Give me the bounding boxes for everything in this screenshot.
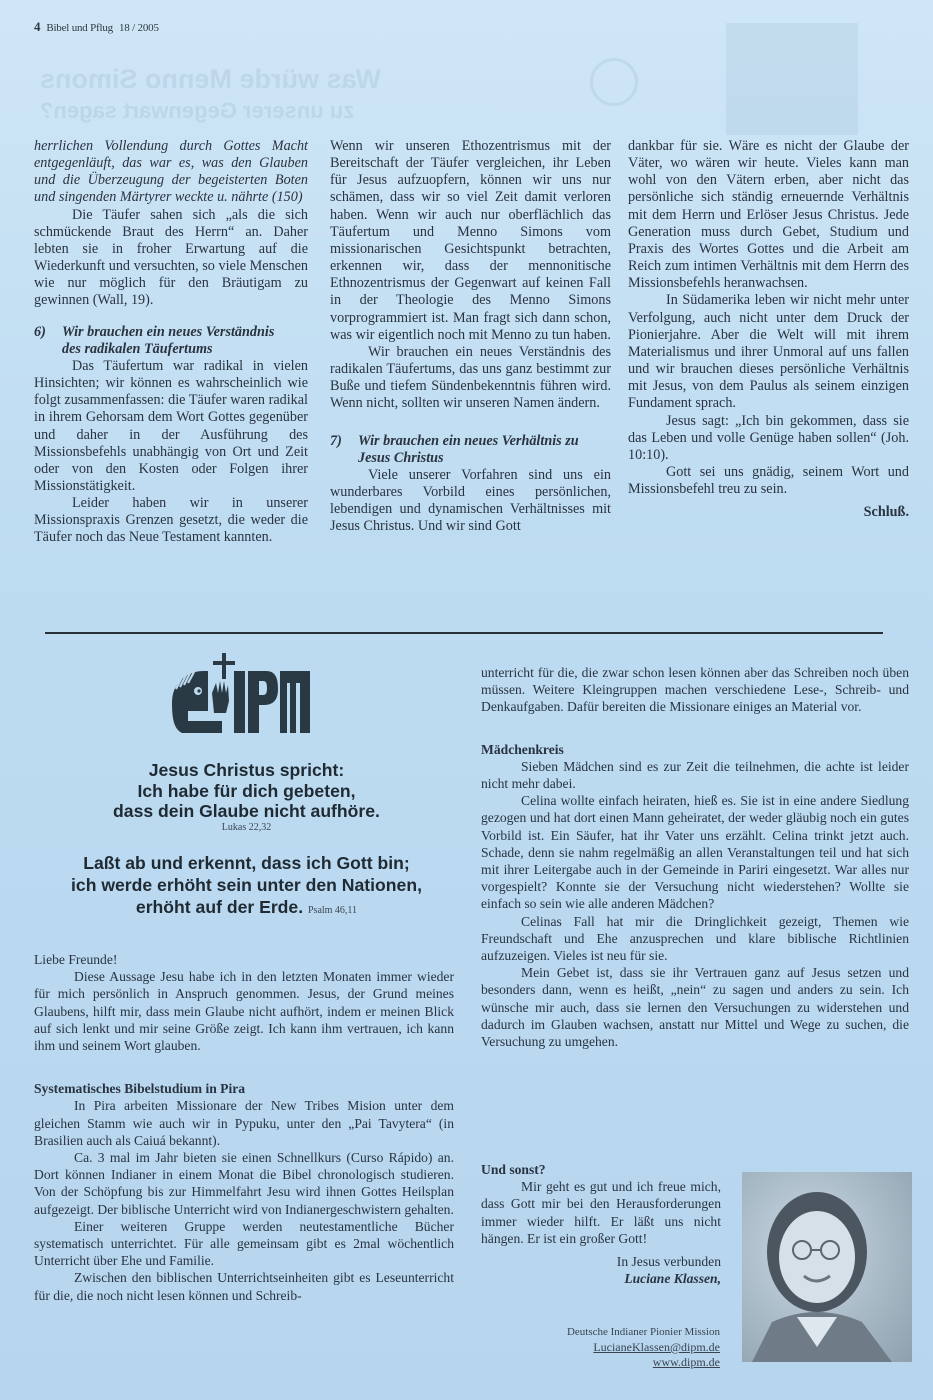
paragraph: Mir geht es gut und ich freue mich, dass… bbox=[481, 1178, 721, 1247]
verse1-line1: Jesus Christus spricht: bbox=[34, 760, 459, 781]
person-portrait-icon bbox=[742, 1172, 912, 1362]
contact-info: Deutsche Indianer Pionier Mission Lucian… bbox=[567, 1325, 720, 1370]
paragraph: Leider haben wir in unserer Missionsprax… bbox=[34, 495, 308, 546]
paragraph: Mein Gebet ist, dass sie ihr Vertrauen g… bbox=[481, 964, 909, 1050]
bleed-through-image bbox=[726, 23, 858, 135]
verse2-line1: Laßt ab und erkennt, dass ich Gott bin; bbox=[34, 852, 459, 874]
section-title-maedchenkreis: Mädchenkreis bbox=[481, 741, 909, 758]
signature-name: Luciane Klassen, bbox=[481, 1270, 721, 1287]
letter-column-1: Liebe Freunde! Diese Aussage Jesu habe i… bbox=[34, 951, 454, 1304]
paragraph: Das Täufertum war radikal in vielen Hins… bbox=[34, 358, 308, 495]
paragraph: Gott sei uns gnädig, seinem Wort und Mis… bbox=[628, 464, 909, 498]
letter-closing: Und sonst? Mir geht es gut und ich freue… bbox=[481, 1161, 721, 1287]
paragraph: Jesus sagt: „Ich bin gekommen, dass sie … bbox=[628, 413, 909, 464]
article-column-3: dankbar für sie. Wäre es nicht der Glaub… bbox=[628, 138, 909, 521]
paragraph: Zwischen den biblischen Unterrichtseinhe… bbox=[34, 1269, 454, 1303]
article-column-2: Wenn wir unseren Ethozentrismus mit der … bbox=[330, 138, 611, 535]
section-heading-7: 7) Wir brauchen ein neues Verhältnis zu … bbox=[330, 433, 611, 467]
organization-name: Deutsche Indianer Pionier Mission bbox=[567, 1325, 720, 1340]
paragraph: Viele unserer Vorfahren sind uns ein wun… bbox=[330, 467, 611, 536]
article-column-1: herrlichen Vollendung durch Gottes Macht… bbox=[34, 138, 308, 547]
verse2-line2: ich werde erhöht sein unter den Nationen… bbox=[34, 874, 459, 896]
letter-column-2: unterricht für die, die zwar schon lesen… bbox=[481, 664, 909, 1050]
paragraph: In Pira arbeiten Missionare der New Trib… bbox=[34, 1097, 454, 1149]
paragraph: Wir brauchen ein neues Verständnis des r… bbox=[330, 344, 611, 413]
issue-number: 18 / 2005 bbox=[119, 22, 159, 34]
email-link[interactable]: LucianeKlassen@dipm.de bbox=[567, 1340, 720, 1355]
closing-phrase: In Jesus verbunden bbox=[481, 1253, 721, 1270]
paragraph: Diese Aussage Jesu habe ich in den letzt… bbox=[34, 968, 454, 1054]
verse1-line3: dass dein Glaube nicht aufhöre. bbox=[34, 801, 459, 822]
paragraph: In Südamerika leben wir nicht mehr unter… bbox=[628, 292, 909, 412]
bible-verses: Jesus Christus spricht: Ich habe für dic… bbox=[34, 760, 459, 922]
paragraph: Celina wollte einfach heiraten, hieß es.… bbox=[481, 792, 909, 912]
dipm-logo-icon bbox=[168, 653, 310, 735]
paragraph: dankbar für sie. Wäre es nicht der Glaub… bbox=[628, 138, 909, 292]
paragraph: Wenn wir unseren Ethozentrismus mit der … bbox=[330, 138, 611, 344]
section-title-und-sonst: Und sonst? bbox=[481, 1161, 721, 1178]
paragraph: Sieben Mädchen sind es zur Zeit die teil… bbox=[481, 758, 909, 792]
verse2-line3: erhöht auf der Erde. Psalm 46,11 bbox=[34, 896, 459, 922]
paragraph: Einer weiteren Gruppe werden neutestamen… bbox=[34, 1218, 454, 1270]
section-title-bibelstudium: Systematisches Bibelstudium in Pira bbox=[34, 1080, 454, 1097]
publication-name: Bibel und Pflug bbox=[46, 22, 113, 34]
verse2-line3-text: erhöht auf der Erde. bbox=[136, 897, 303, 917]
verse2-reference: Psalm 46,11 bbox=[308, 905, 357, 916]
section-divider bbox=[45, 632, 883, 634]
article-end-mark: Schluß. bbox=[628, 504, 909, 521]
heading-text: Wir brauchen ein neues Verhältnis zu Jes… bbox=[358, 433, 611, 467]
page-number: 4 bbox=[34, 19, 40, 34]
portrait-photo bbox=[742, 1172, 912, 1362]
heading-text: Wir brauchen ein neues Verständnis des r… bbox=[62, 324, 308, 358]
italic-quote: herrlichen Vollendung durch Gottes Macht… bbox=[34, 138, 308, 207]
greeting: Liebe Freunde! bbox=[34, 951, 454, 968]
bleed-through-title: Was würde Menno Simons bbox=[40, 64, 381, 95]
verse1-reference: Lukas 22,32 bbox=[34, 822, 459, 834]
paragraph: Die Täufer sahen sich „als die sich schm… bbox=[34, 207, 308, 310]
paragraph: Ca. 3 mal im Jahr bieten sie einen Schne… bbox=[34, 1149, 454, 1218]
section-heading-6: 6) Wir brauchen ein neues Verständnis de… bbox=[34, 324, 308, 358]
page-header: 4Bibel und Pflug18 / 2005 bbox=[34, 19, 159, 35]
paragraph: Celinas Fall hat mir die Dringlichkeit g… bbox=[481, 913, 909, 965]
paragraph-continued: unterricht für die, die zwar schon lesen… bbox=[481, 664, 909, 716]
verse1-line2: Ich habe für dich gebeten, bbox=[34, 781, 459, 802]
heading-number: 7) bbox=[330, 433, 358, 467]
bleed-through-subtitle: zu unserer Gegenwart sagen? bbox=[40, 98, 354, 124]
heading-number: 6) bbox=[34, 324, 62, 358]
bleed-through-logo bbox=[590, 58, 638, 106]
website-link[interactable]: www.dipm.de bbox=[567, 1355, 720, 1370]
